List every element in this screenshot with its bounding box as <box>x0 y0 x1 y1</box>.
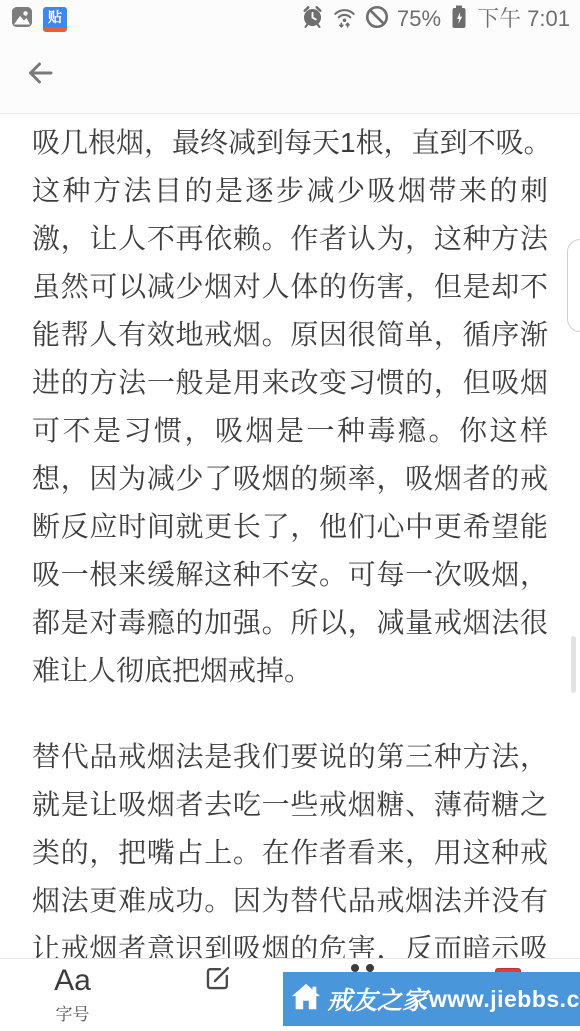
article-line: 能帮人有效地戒烟。原因很简单，循序渐 <box>32 311 548 359</box>
font-size-button[interactable]: Aa 字号 <box>0 959 145 1031</box>
article-line: 虽然可以减少烟对人体的伤害，但是却不 <box>32 263 548 311</box>
emoji-eyes-icon <box>351 964 374 972</box>
wifi-icon <box>332 4 357 34</box>
battery-icon <box>448 4 470 35</box>
article-line: 替代品戒烟法是我们要说的第三种方法， <box>32 733 548 781</box>
status-bar: 贴 <box>0 0 580 38</box>
article-line: 进的方法一般是用来改变习惯的，但吸烟 <box>32 359 548 407</box>
clock-time: 下午 7:01 <box>477 0 570 38</box>
header-bar <box>0 38 580 114</box>
battery-percent: 75% <box>397 0 441 38</box>
font-size-icon: Aa <box>54 965 91 997</box>
write-comment-button[interactable] <box>145 959 290 1031</box>
article-line: 吸一根来缓解这种不安。可每一次吸烟， <box>32 551 548 599</box>
app-screen: 贴 <box>0 0 580 1031</box>
watermark-site-name: 戒友之家 <box>327 981 427 1017</box>
article-line: 烟法更难成功。因为替代品戒烟法并没有 <box>32 877 548 925</box>
notification-icons: 贴 <box>10 5 67 34</box>
fast-scroll-handle[interactable] <box>567 239 580 332</box>
article-line: 断反应时间就更长了，他们心中更希望能 <box>32 503 548 551</box>
watermark-banner: 戒友之家 www.jiebbs.cn <box>283 972 580 1026</box>
article-line: 难让人彻底把烟戒掉。 <box>32 647 548 695</box>
gallery-notification-icon <box>10 5 34 34</box>
article-line: 都是对毒瘾的加强。所以，减量戒烟法很 <box>32 599 548 647</box>
system-status-icons: 75% 下午 7:01 <box>300 0 570 38</box>
scrollbar-thumb[interactable] <box>571 636 576 693</box>
article-line: 类的，把嘴占上。在作者看来，用这种戒 <box>32 829 548 877</box>
article-line: 这种方法目的是逐步减少吸烟带来的刺 <box>32 167 548 215</box>
watermark-url: www.jiebbs.cn <box>429 986 580 1013</box>
tieba-strip <box>43 27 67 32</box>
paragraph-1: 吸几根烟，最终减到每天1根，直到不吸。 这种方法目的是逐步减少吸烟带来的刺 激，… <box>32 119 548 695</box>
alarm-icon <box>300 4 325 34</box>
tieba-notification-icon: 贴 <box>43 7 67 32</box>
article-line: 激，让人不再依赖。作者认为，这种方法 <box>32 215 548 263</box>
paragraph-2: 替代品戒烟法是我们要说的第三种方法， 就是让吸烟者去吃一些戒烟糖、薄荷糖之 类的… <box>32 733 548 973</box>
compose-icon <box>203 964 232 998</box>
article-line: 就是让吸烟者去吃一些戒烟糖、薄荷糖之 <box>32 781 548 829</box>
font-size-label: 字号 <box>56 1000 90 1025</box>
house-icon <box>291 982 321 1017</box>
back-button[interactable] <box>20 56 60 96</box>
article-line: 可不是习惯，吸烟是一种毒瘾。你这样 <box>32 407 548 455</box>
back-arrow-icon <box>24 57 56 94</box>
article-line: 想，因为减少了吸烟的频率，吸烟者的戒 <box>32 455 548 503</box>
article-content: 吸几根烟，最终减到每天1根，直到不吸。 这种方法目的是逐步减少吸烟带来的刺 激，… <box>0 115 580 1031</box>
article-line: 吸几根烟，最终减到每天1根，直到不吸。 <box>32 119 548 167</box>
blocked-icon <box>364 4 390 35</box>
tieba-badge-text: 贴 <box>43 7 67 27</box>
